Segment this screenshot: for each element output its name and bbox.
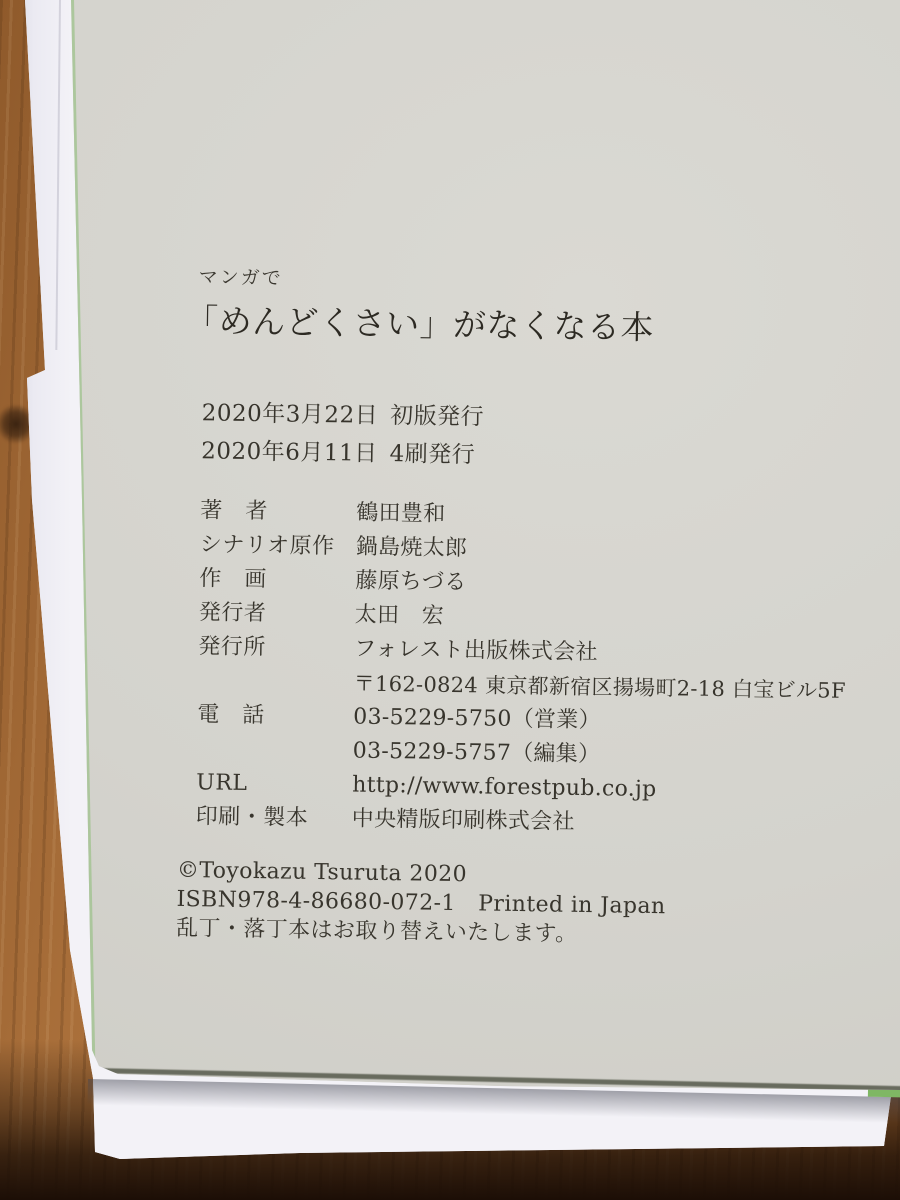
colophon-page: マンガで 「めんどくさい」がなくなる本 2020年3月22日 初版発行 2020…: [0, 0, 900, 1200]
credit-label: 電 話: [197, 698, 353, 734]
book-colophon-photo: マンガで 「めんどくさい」がなくなる本 2020年3月22日 初版発行 2020…: [0, 0, 900, 1200]
colophon-content: マンガで 「めんどくさい」がなくなる本 2020年3月22日 初版発行 2020…: [176, 262, 886, 953]
colophon-footer: ©Toyokazu Tsuruta 2020 ISBN978-4-86680-0…: [176, 856, 877, 953]
credit-label: 印刷・製本: [196, 800, 352, 836]
credit-label: 発行所: [198, 630, 354, 666]
credits-table: 著 者 鶴田豊和 シナリオ原作 鍋島焼太郎 作 画 藤原ちづる 発行者 太田 宏…: [178, 494, 883, 844]
credit-label: 作 画: [199, 562, 355, 598]
credit-value: 中央精版印刷株式会社: [351, 803, 877, 845]
print-history: 2020年3月22日 初版発行 2020年6月11日 4刷発行: [183, 394, 884, 480]
credit-label: シナリオ原作: [200, 528, 356, 564]
book-title: 「めんどくさい」がなくなる本: [185, 295, 886, 352]
credit-label: [197, 732, 353, 768]
credit-label: URL: [196, 766, 352, 802]
series-label: マンガで: [186, 262, 886, 299]
credit-label: [198, 664, 354, 700]
credit-label: 著 者: [200, 494, 356, 530]
credit-label: 発行者: [199, 596, 355, 632]
